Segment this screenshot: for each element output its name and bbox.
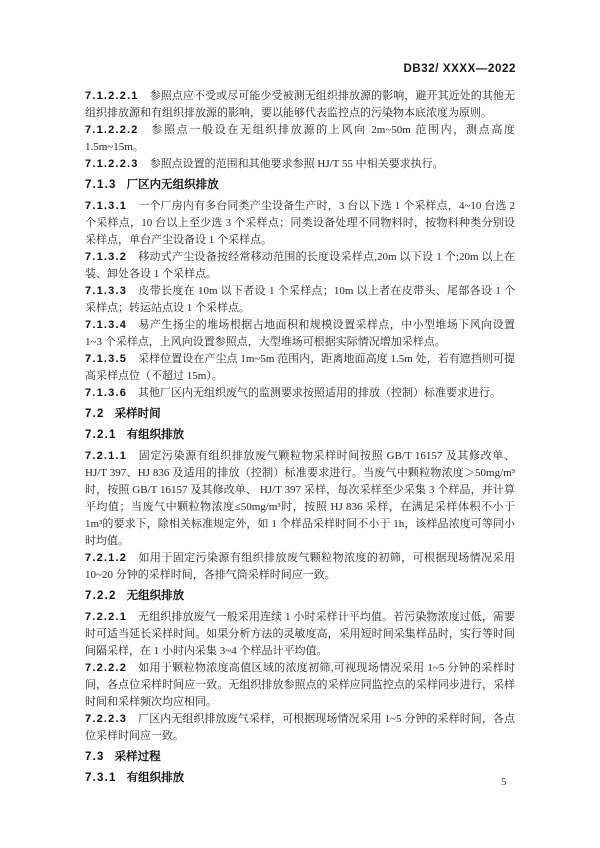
clause-7-1-3-6: 7.1.3.6其他厂区内无组织废气的监测要求按照适用的排放（控制）标准要求进行。: [85, 385, 515, 402]
clause-7-2-2-1: 7.2.2.1无组织排放废气一般采用连续 1 小时采样计平均值。若污染物浓度过低…: [85, 609, 515, 660]
standard-number-header: DB32/ XXXX—2022: [403, 63, 516, 75]
clause-7-1-3-5: 7.1.3.5采样位置设在产尘点 1m~5m 范围内，距离地面高度 1.5m 处…: [85, 351, 515, 385]
document-page: DB32/ XXXX—2022 7.1.2.2.1参照点应不受或尽可能少受被测无…: [0, 0, 600, 848]
heading-7-2-2: 7.2.2无组织排放: [85, 588, 515, 605]
clause-text: 一个厂房内有多台同类产尘设备生产时，3 台以下选 1 个采样点，4~10 台选 …: [85, 200, 515, 246]
clause-text: 皮带长度在 10m 以下者设 1 个采样点；10m 以上者在皮带头、尾部各设 1…: [85, 285, 515, 314]
heading-7-2-1: 7.2.1有组织排放: [85, 427, 515, 444]
clause-number: 7.1.3.1: [85, 200, 127, 212]
clause-text: 固定污染源有组织排放废气颗粒物采样时间按照 GB/T 16157 及其修改单、H…: [85, 450, 515, 547]
clause-text: 厂区内无组织排放废气采样，可根据现场情况采用 1~5 分钟的采样时间，各点位采样…: [85, 713, 515, 742]
clause-text: 参照点设置的范围和其他要求参照 HJ/T 55 中相关要求执行。: [150, 158, 444, 170]
clause-7-2-1-1: 7.2.1.1固定污染源有组织排放废气颗粒物采样时间按照 GB/T 16157 …: [85, 448, 515, 550]
clause-7-2-1-2: 7.2.1.2如用于固定污染源有组织排放废气颗粒物浓度的初筛，可根据现场情况采用…: [85, 550, 515, 584]
clause-text: 参照点应不受或尽可能少受被测无组织排放源的影响，避开其近处的其他无组织排放源和有…: [85, 90, 515, 119]
clause-number: 7.1.3.2: [85, 251, 127, 263]
heading-number: 7.2.1: [85, 429, 117, 441]
heading-7-3: 7.3采样过程: [85, 749, 515, 766]
heading-text: 厂区内无组织排放: [127, 179, 219, 191]
clause-7-1-3-4: 7.1.3.4易产生扬尘的堆场根据占地面积和规模设置采样点，中小型堆场下风向设置…: [85, 317, 515, 351]
clause-number: 7.2.1.2: [85, 552, 127, 564]
heading-number: 7.2.2: [85, 590, 117, 602]
clause-number: 7.1.2.2.3: [85, 158, 139, 170]
clause-text: 参照点一般设在无组织排放源的上风向 2m~50m 范围内，测点高度 1.5m~1…: [85, 124, 515, 153]
document-content: 7.1.2.2.1参照点应不受或尽可能少受被测无组织排放源的影响，避开其近处的其…: [85, 88, 515, 791]
heading-7-2: 7.2采样时间: [85, 406, 515, 423]
clause-text: 如用于固定污染源有组织排放废气颗粒物浓度的初筛，可根据现场情况采用 10~20 …: [85, 552, 515, 581]
clause-7-2-2-3: 7.2.2.3厂区内无组织排放废气采样，可根据现场情况采用 1~5 分钟的采样时…: [85, 711, 515, 745]
clause-7-1-3-2: 7.1.3.2移动式产尘设备按经常移动范围的长度设采样点,20m 以下设 1 个…: [85, 249, 515, 283]
clause-number: 7.1.3.5: [85, 353, 127, 365]
clause-number: 7.2.2.3: [85, 713, 127, 725]
clause-7-2-2-2: 7.2.2.2如用于颗粒物浓度高值区域的浓度初筛,可视现场情况采用 1~5 分钟…: [85, 660, 515, 711]
clause-text: 其他厂区内无组织废气的监测要求按照适用的排放（控制）标准要求进行。: [138, 387, 501, 399]
heading-number: 7.2: [85, 408, 105, 420]
clause-7-1-2-2-2: 7.1.2.2.2参照点一般设在无组织排放源的上风向 2m~50m 范围内，测点…: [85, 122, 515, 156]
clause-number: 7.1.3.3: [85, 285, 127, 297]
clause-number: 7.1.3.6: [85, 387, 127, 399]
heading-text: 采样过程: [115, 751, 161, 763]
heading-text: 有组织排放: [127, 429, 185, 441]
clause-7-1-2-2-1: 7.1.2.2.1参照点应不受或尽可能少受被测无组织排放源的影响，避开其近处的其…: [85, 88, 515, 122]
clause-number: 7.2.1.1: [85, 450, 127, 462]
clause-number: 7.2.2.2: [85, 662, 127, 674]
heading-7-3-1: 7.3.1有组织排放: [85, 770, 515, 787]
heading-number: 7.1.3: [85, 179, 117, 191]
clause-number: 7.1.2.2.2: [85, 124, 139, 136]
clause-text: 易产生扬尘的堆场根据占地面积和规模设置采样点，中小型堆场下风向设置 1~3 个采…: [85, 319, 515, 348]
clause-number: 7.1.2.2.1: [85, 90, 139, 102]
clause-text: 如用于颗粒物浓度高值区域的浓度初筛,可视现场情况采用 1~5 分钟的采样时间，各…: [85, 662, 515, 708]
clause-7-1-2-2-3: 7.1.2.2.3参照点设置的范围和其他要求参照 HJ/T 55 中相关要求执行…: [85, 156, 515, 173]
heading-number: 7.3: [85, 751, 105, 763]
clause-7-1-3-3: 7.1.3.3皮带长度在 10m 以下者设 1 个采样点；10m 以上者在皮带头…: [85, 283, 515, 317]
clause-text: 无组织排放废气一般采用连续 1 小时采样计平均值。若污染物浓度过低，需要时可适当…: [85, 611, 515, 657]
clause-7-1-3-1: 7.1.3.1一个厂房内有多台同类产尘设备生产时，3 台以下选 1 个采样点，4…: [85, 198, 515, 249]
clause-text: 采样位置设在产尘点 1m~5m 范围内，距离地面高度 1.5m 处，若有遮挡则可…: [85, 353, 515, 382]
page-number: 5: [501, 776, 507, 788]
heading-7-1-3: 7.1.3厂区内无组织排放: [85, 177, 515, 194]
clause-number: 7.1.3.4: [85, 319, 127, 331]
heading-text: 无组织排放: [127, 590, 185, 602]
clause-number: 7.2.2.1: [85, 611, 127, 623]
heading-number: 7.3.1: [85, 772, 117, 784]
clause-text: 移动式产尘设备按经常移动范围的长度设采样点,20m 以下设 1 个;20m 以上…: [85, 251, 515, 280]
heading-text: 采样时间: [115, 408, 161, 420]
heading-text: 有组织排放: [127, 772, 185, 784]
